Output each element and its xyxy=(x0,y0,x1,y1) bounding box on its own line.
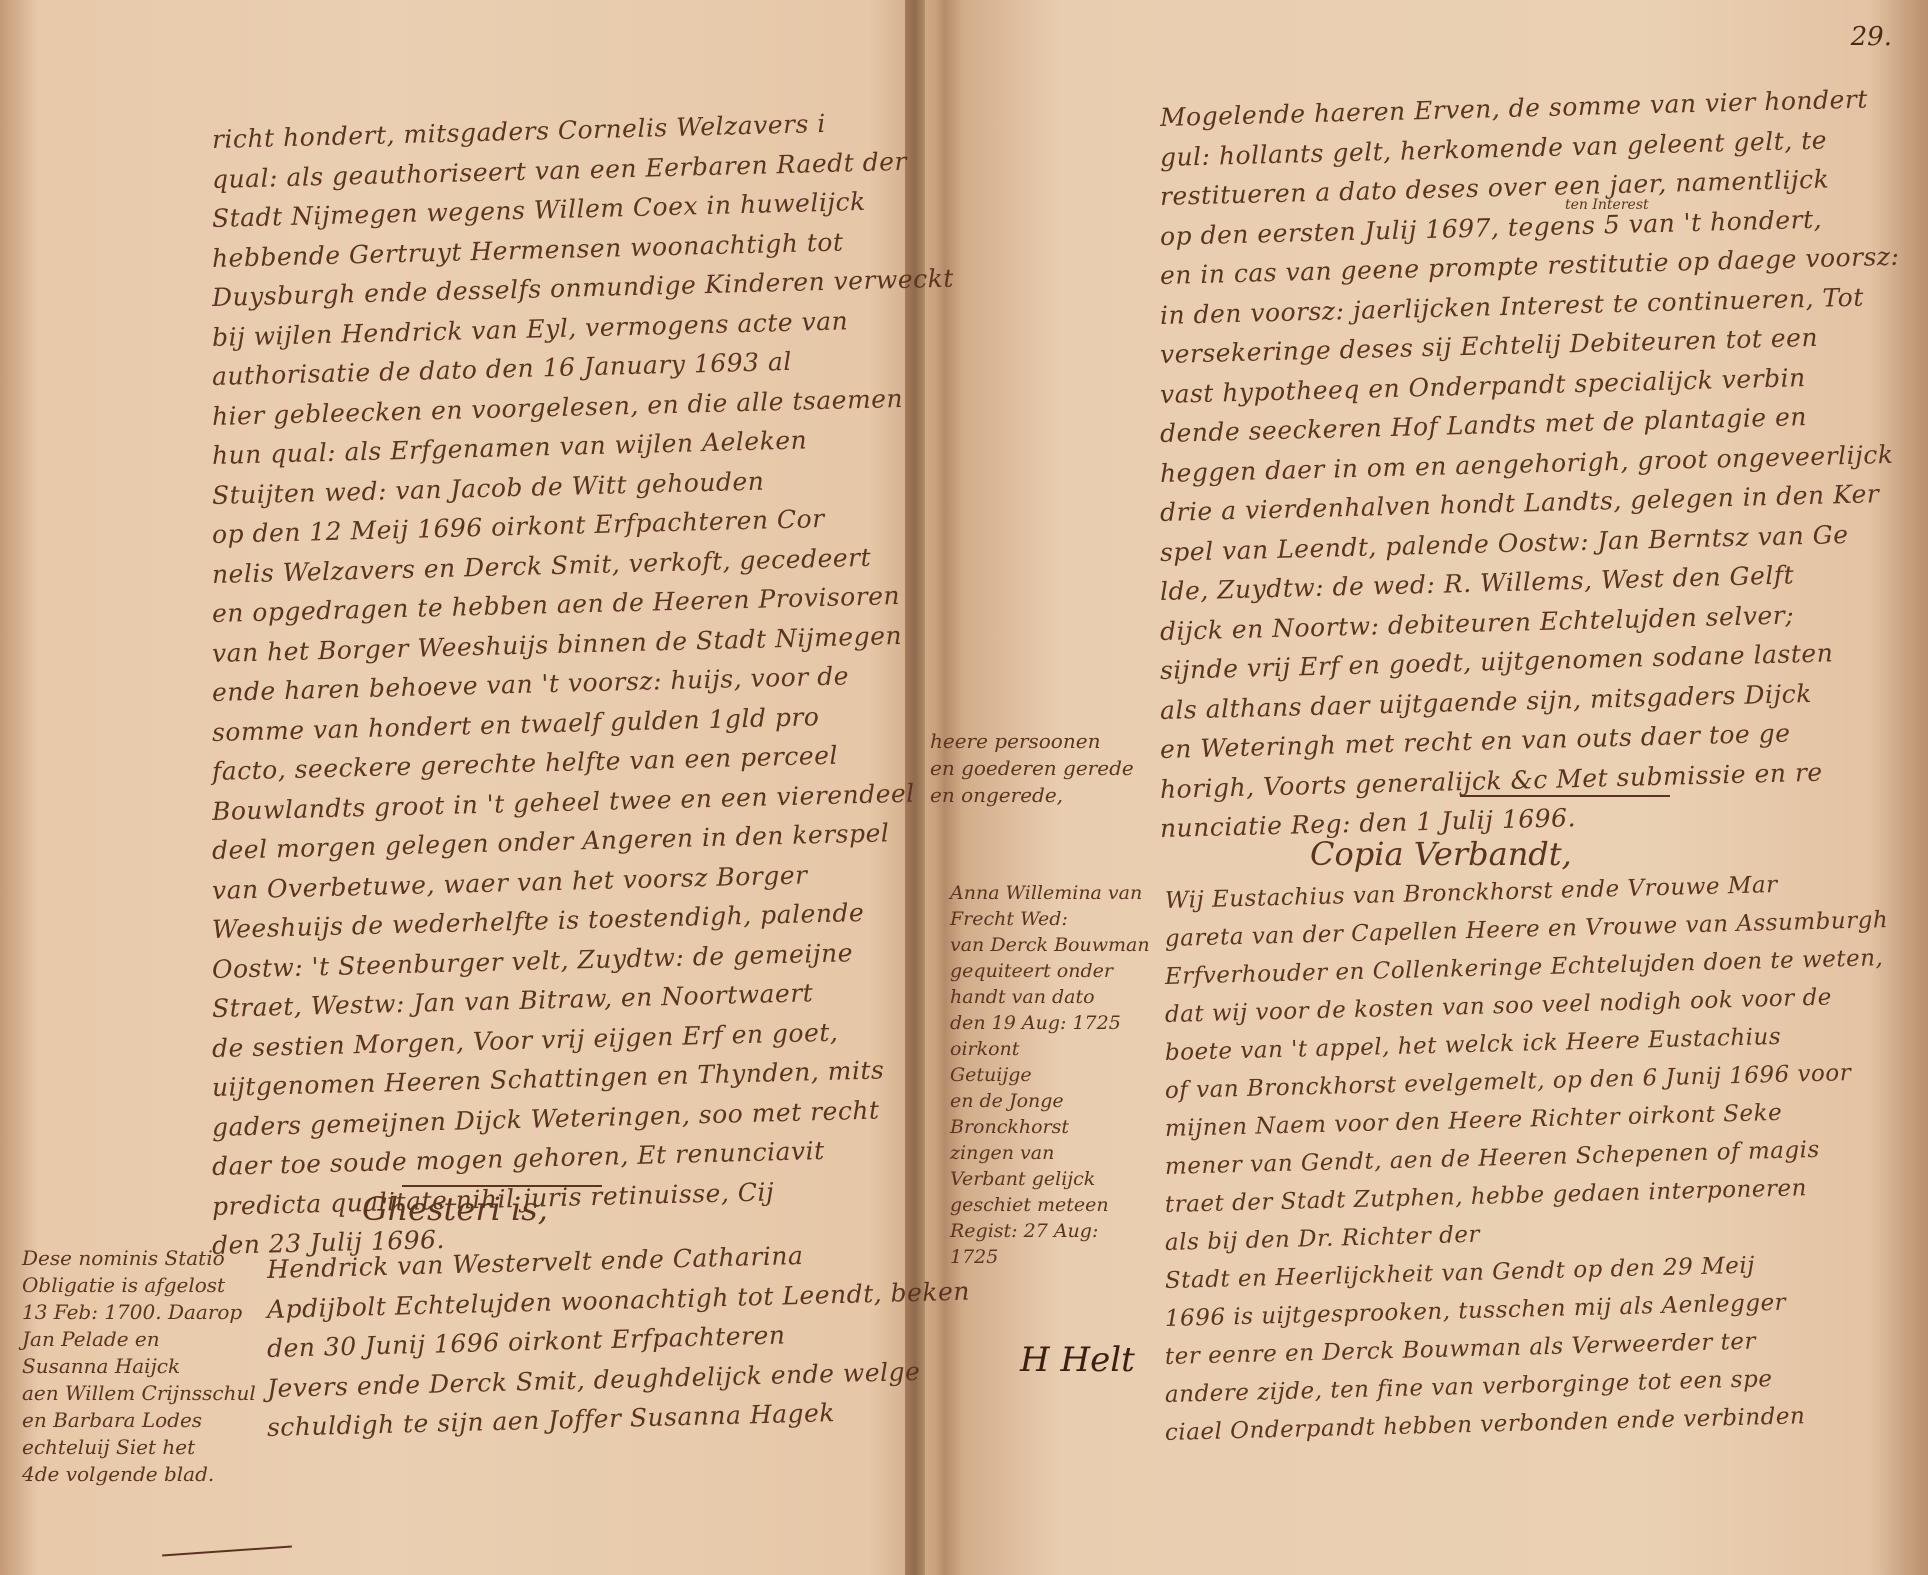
left-section-heading: Ghesteri is, xyxy=(362,1190,548,1228)
flourish-rule xyxy=(162,1545,292,1556)
interlinear-note: ten Interest xyxy=(1565,192,1649,219)
note-line: Anna Willemina van xyxy=(950,880,1150,906)
note-line: van Derck Bouwman xyxy=(950,932,1150,958)
note-line: zingen van xyxy=(950,1140,1150,1166)
page-number: 29. xyxy=(1851,22,1892,52)
note-line: en goederen gerede xyxy=(930,755,1134,782)
manuscript-spread: richt hondert, mitsgaders Cornelis Welza… xyxy=(0,0,1928,1575)
note-line: Dese nominis Statio xyxy=(22,1245,256,1272)
note-line: Jan Pelade en xyxy=(22,1326,256,1353)
note-line: 1725 xyxy=(950,1244,1150,1270)
right-section-heading: Copia Verbandt, xyxy=(1310,835,1572,873)
note-line: handt van dato xyxy=(950,984,1150,1010)
note-line: oirkont xyxy=(950,1036,1150,1062)
note-line: en ongerede, xyxy=(930,782,1134,809)
right-page-main-text: Mogelende haeren Erven, de somme van vie… xyxy=(1160,98,1900,849)
note-line: heere persoonen xyxy=(930,728,1134,755)
note-line: en Barbara Lodes xyxy=(22,1407,256,1434)
underline-rule xyxy=(1460,795,1670,797)
note-line: Verbant gelijck xyxy=(950,1166,1150,1192)
right-page-margin-note: Anna Willemina van Frecht Wed: van Derck… xyxy=(950,880,1150,1270)
note-line: geschiet meteen xyxy=(950,1192,1150,1218)
left-page-bottom-text: Hendrick van Westervelt ende Catharina A… xyxy=(267,1250,970,1448)
underline-rule xyxy=(402,1185,602,1187)
note-line: Getuijge xyxy=(950,1062,1150,1088)
note-line: aen Willem Crijnsschul xyxy=(22,1380,256,1407)
note-line: den 19 Aug: 1725 xyxy=(950,1010,1150,1036)
note-line: echteluij Siet het xyxy=(22,1434,256,1461)
note-line: Regist: 27 Aug: xyxy=(950,1218,1150,1244)
note-line: en de Jonge xyxy=(950,1088,1150,1114)
signature: H Helt xyxy=(1020,1340,1135,1380)
right-page-second-text: Wij Eustachius van Bronckhorst ende Vrou… xyxy=(1165,882,1888,1452)
note-line: Susanna Haijck xyxy=(22,1353,256,1380)
note-line: Frecht Wed: xyxy=(950,906,1150,932)
left-page-main-text: richt hondert, mitsgaders Cornelis Welza… xyxy=(212,120,954,1266)
right-page-left-margin-note: heere persoonen en goederen gerede en on… xyxy=(930,728,1134,809)
left-page: richt hondert, mitsgaders Cornelis Welza… xyxy=(12,20,912,1575)
note-line: Bronckhorst xyxy=(950,1114,1150,1140)
left-margin-note: Dese nominis Statio Obligatie is afgelos… xyxy=(22,1245,256,1488)
note-line: 13 Feb: 1700. Daarop xyxy=(22,1299,256,1326)
note-line: gequiteert onder xyxy=(950,958,1150,984)
note-line: 4de volgende blad. xyxy=(22,1461,256,1488)
note-line: Obligatie is afgelost xyxy=(22,1272,256,1299)
right-page: 29. heere persoonen en goederen gerede e… xyxy=(920,20,1920,1575)
